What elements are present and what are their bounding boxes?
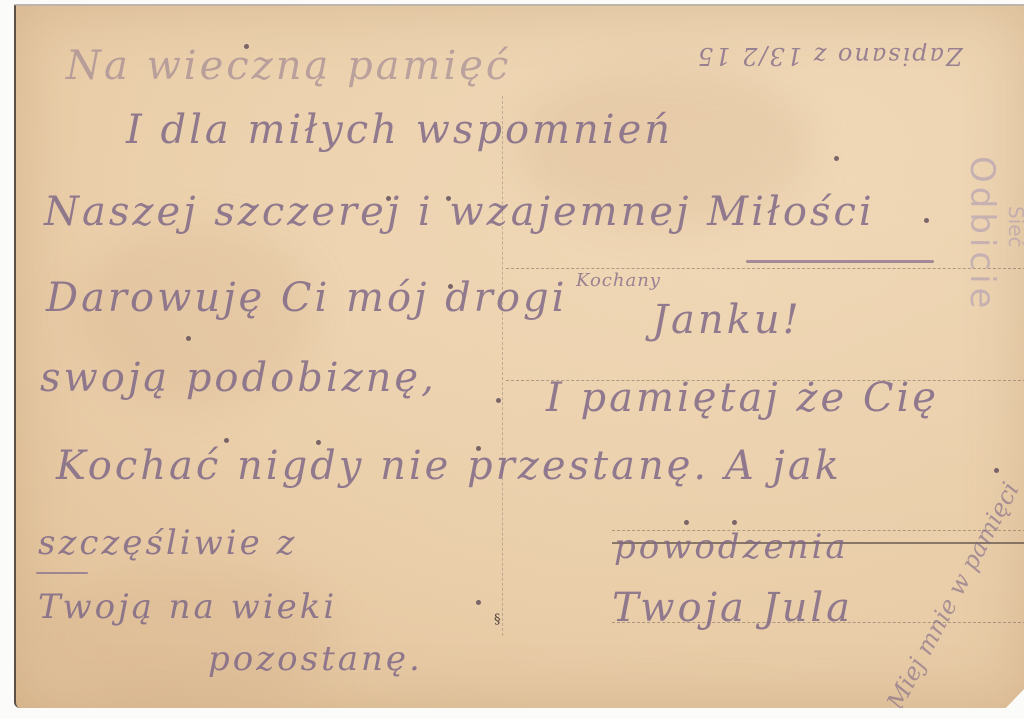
ink-dot xyxy=(448,284,453,289)
ink-dot xyxy=(732,520,737,525)
underline-stroke xyxy=(36,572,88,574)
text-line-9: Twoją na wieki xyxy=(38,590,337,624)
divider-line-vertical xyxy=(502,96,503,636)
ink-dot xyxy=(496,398,501,403)
text-line-8: szczęśliwie z xyxy=(38,526,297,560)
ink-dot xyxy=(244,44,249,49)
ink-dot xyxy=(994,468,999,473)
upside-down-date-note: Zapisano z 13/2 15 xyxy=(696,44,963,68)
text-line-7: Kochać nigdy nie przestanę. A jak xyxy=(56,446,842,486)
ink-dot xyxy=(316,440,321,445)
ink-dot xyxy=(476,446,481,451)
ink-dot xyxy=(446,196,451,201)
ink-dot xyxy=(684,520,689,525)
ink-dot xyxy=(224,438,229,443)
faded-stamp-vertical: Odbicie xyxy=(962,156,1002,312)
text-line-2: I dla miłych wspomnień xyxy=(126,110,673,150)
ink-dot xyxy=(924,218,929,223)
text-insert-kochany: Kochany xyxy=(576,272,661,290)
ink-dot xyxy=(834,156,839,161)
edge-stamp: Sieć xyxy=(1004,206,1024,248)
text-line-3: Naszej szczerej i wzajemnej Miłości xyxy=(44,192,875,232)
underline-milosci xyxy=(746,260,934,263)
text-line-4: Darowuję Ci mój drogi xyxy=(46,278,567,318)
ink-dot xyxy=(186,336,191,341)
ink-dot xyxy=(386,196,391,201)
printed-section-mark: § xyxy=(494,612,501,627)
postcard-back: Zapisano z 13/2 15 § Na wieczną pamięć I… xyxy=(14,4,1024,708)
text-line-1: Na wieczną pamięć xyxy=(66,46,511,86)
text-name-janku: Janku! xyxy=(652,300,802,340)
scanned-postcard: Zapisano z 13/2 15 § Na wieczną pamięć I… xyxy=(0,0,1024,719)
address-line-1 xyxy=(506,268,1024,269)
signature: Twoja Jula xyxy=(612,588,853,628)
text-line-6: I pamiętaj że Cię xyxy=(546,378,939,418)
corner-note-diagonal: Miej mnie w pamięci xyxy=(881,478,1024,714)
ink-dot xyxy=(476,600,481,605)
text-line-5: swoją podobiznę, xyxy=(40,358,437,398)
text-line-10: pozostanę. xyxy=(208,642,423,676)
text-line-11: powodzenia xyxy=(614,530,849,564)
